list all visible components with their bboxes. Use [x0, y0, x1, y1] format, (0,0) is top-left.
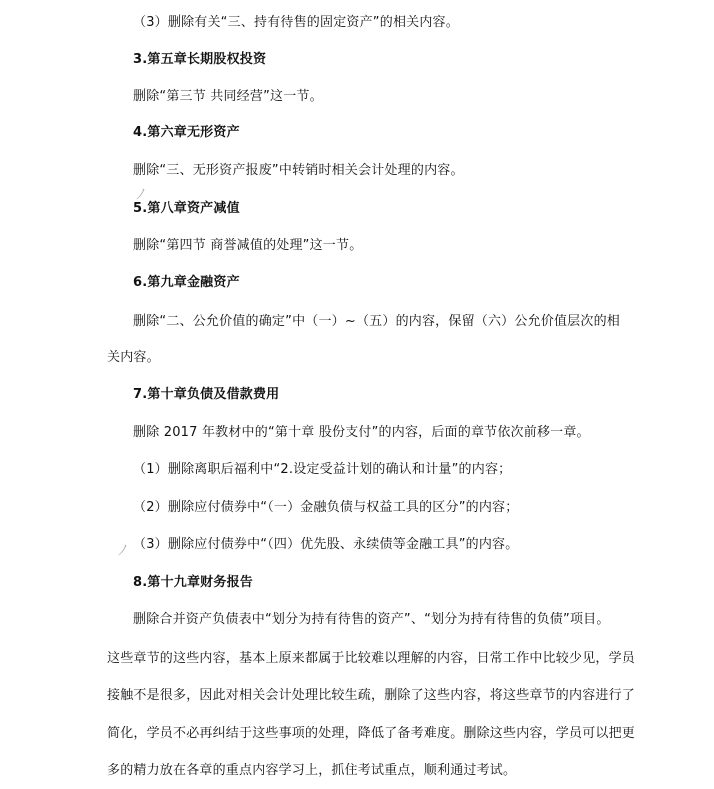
section-heading: 8.第十九章财务报告 [133, 574, 253, 592]
body-line: 删除“二、公允价值的确定”中（一）~（五）的内容，保留（六）公允价值层次的相 [133, 313, 620, 331]
body-line: 删除合并资产负债表中“划分为持有待售的资产”、“划分为持有待售的负债”项目。 [133, 611, 610, 629]
body-line: 删除“第四节 商誉减值的处理”这一节。 [133, 237, 362, 255]
body-line: （2）删除应付债券中“（一）金融负债与权益工具的区分”的内容； [133, 499, 518, 517]
section-heading: 5.第八章资产减值 [133, 200, 240, 218]
body-line: （3）删除有关“三、持有待售的固定资产”的相关内容。 [133, 14, 459, 32]
scan-artifact-mark: ﾉ [136, 184, 143, 204]
section-heading: 3.第五章长期股权投资 [133, 51, 266, 69]
body-continuation-line: 简化，学员不必再纠结于这些事项的处理，降低了备考难度。删除这些内容，学员可以把更 [107, 725, 635, 743]
section-heading: 4.第六章无形资产 [133, 124, 240, 142]
body-continuation-line: 关内容。 [107, 349, 160, 367]
body-continuation-line: 接触不是很多，因此对相关会计处理比较生疏，删除了这些内容，将这些章节的内容进行了 [107, 687, 635, 705]
body-line: 删除 2017 年教材中的“第十章 股份支付”的内容，后面的章节依次前移一章。 [133, 424, 590, 442]
body-line: 删除“第三节 共同经营”这一节。 [133, 88, 323, 106]
section-heading: 7.第十章负债及借款费用 [133, 386, 279, 404]
body-line: （1）删除离职后福利中“2.设定受益计划的确认和计量”的内容； [133, 461, 511, 479]
body-line: （3）删除应付债券中“（四）优先股、永续债等金融工具”的内容。 [133, 536, 518, 554]
body-line: 删除“三、无形资产报废”中转销时相关会计处理的内容。 [133, 162, 464, 180]
body-continuation-line: 这些章节的这些内容，基本上原来都属于比较难以理解的内容，日常工作中比较少见，学员 [107, 650, 635, 668]
section-heading: 6.第九章金融资产 [133, 274, 240, 292]
scan-artifact-mark: ﾉ [118, 540, 125, 560]
body-continuation-line: 多的精力放在各章的重点内容学习上，抓住考试重点，顺利通过考试。 [107, 762, 516, 780]
